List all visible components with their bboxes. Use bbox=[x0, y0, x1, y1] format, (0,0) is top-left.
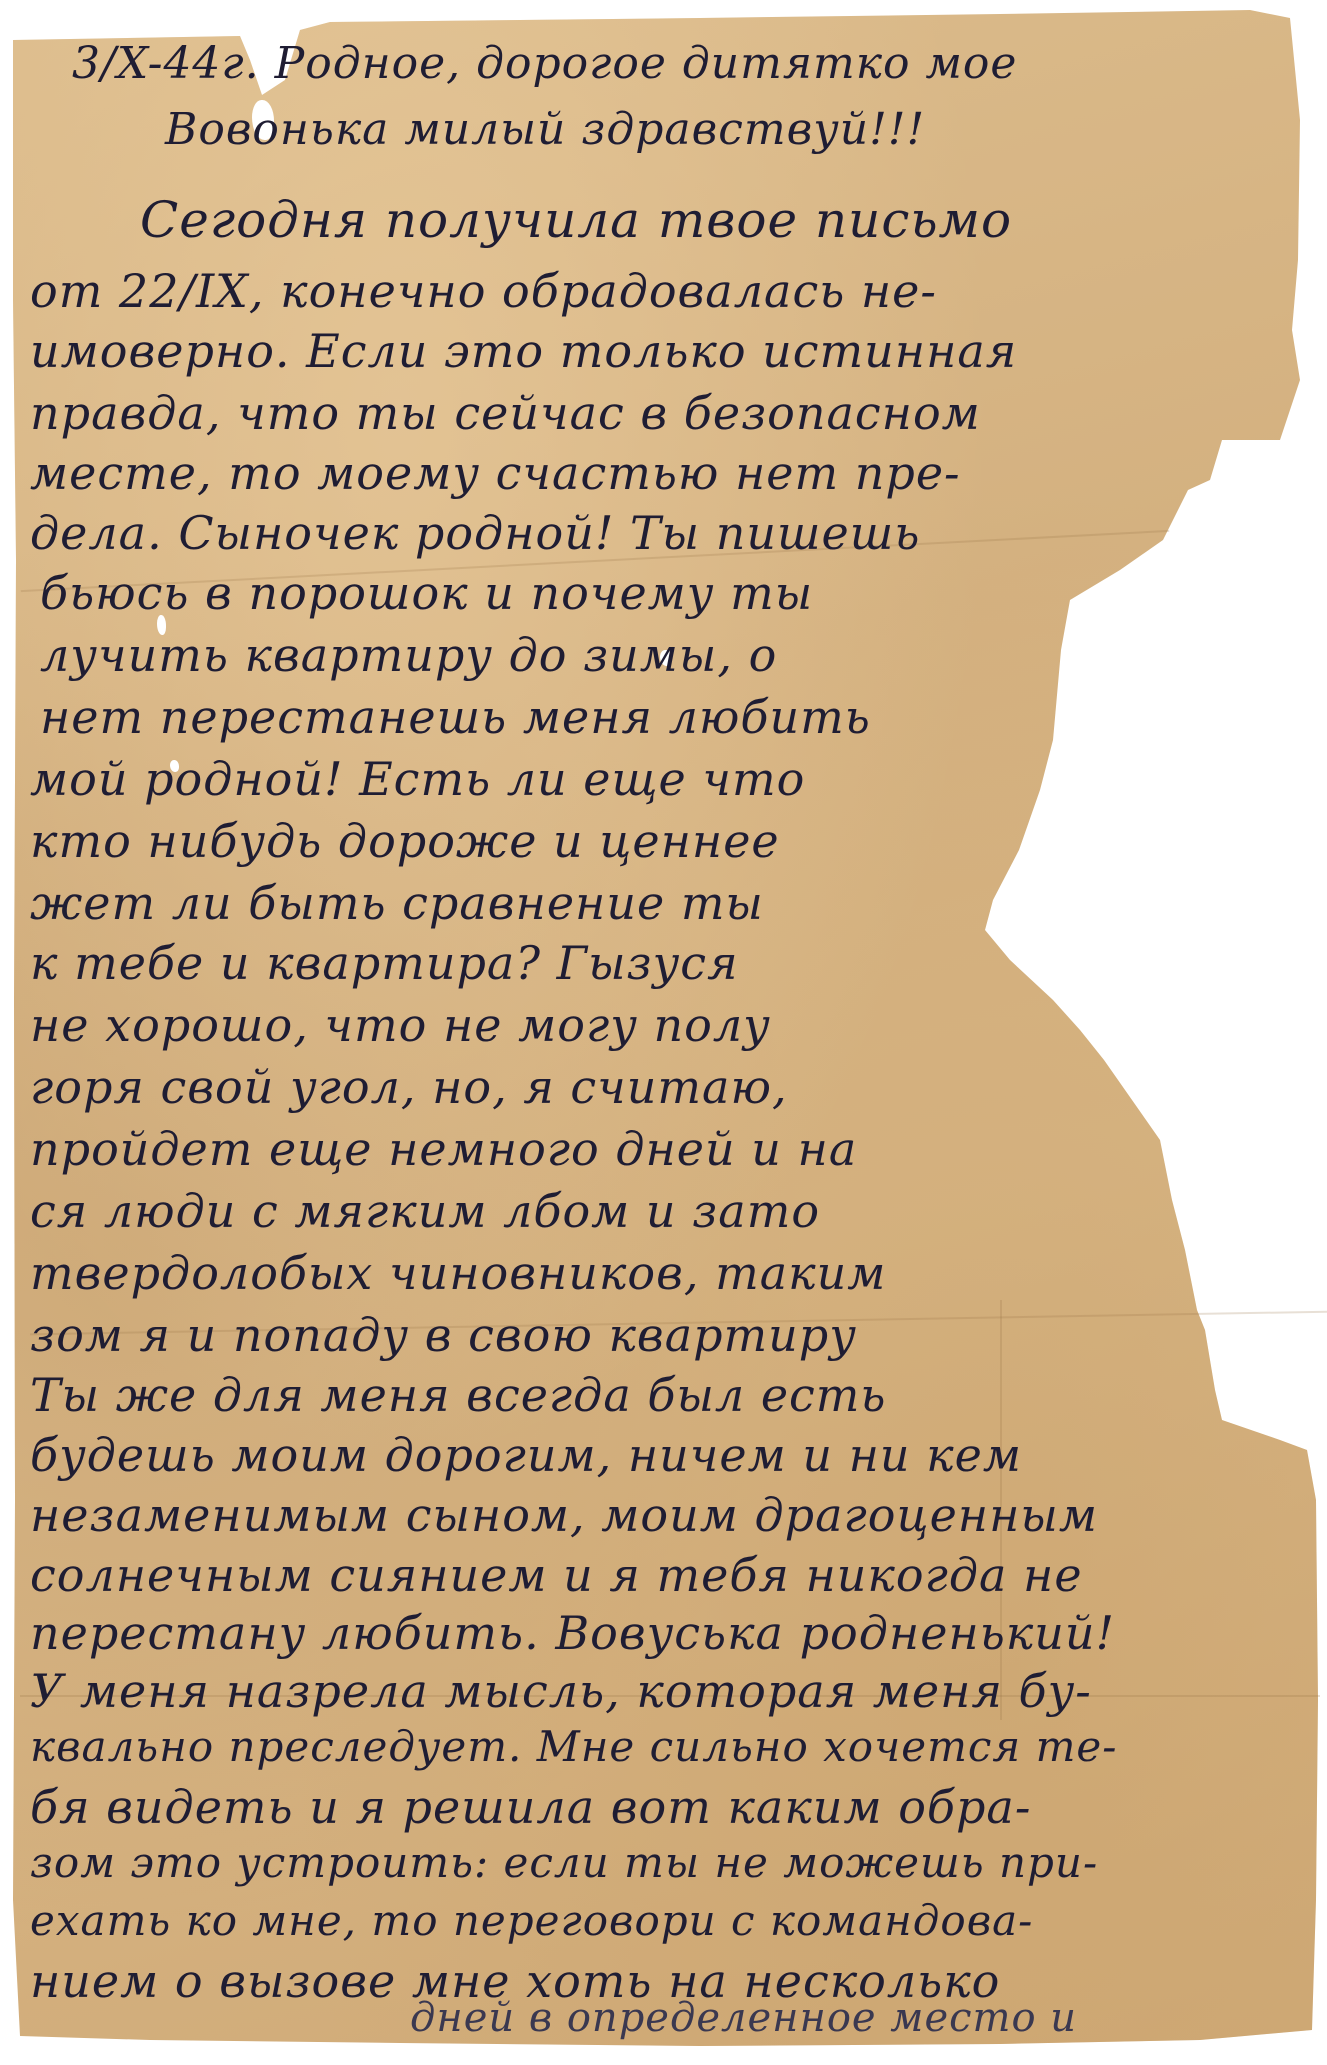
letter-line: не хорошо, что не могу полу bbox=[30, 1002, 771, 1048]
letter-line: Ты же для меня всегда был есть bbox=[30, 1372, 886, 1418]
letter-line: от 22/IX, конечно обрадовалась не- bbox=[30, 268, 937, 314]
letter-line: солнечным сиянием и я тебя никогда не bbox=[30, 1552, 1083, 1598]
letter-line: горя свой угол, но, я считаю, bbox=[30, 1064, 788, 1110]
letter-line: твердолобых чиновников, таким bbox=[30, 1250, 886, 1296]
letter-line: правда, что ты сейчас в безопасном bbox=[30, 390, 981, 436]
letter-line: незаменимым сыном, моим драгоценным bbox=[30, 1492, 1098, 1538]
letter-line: квально преследует. Мне сильно хочется т… bbox=[30, 1726, 1117, 1768]
letter-line: зом я и попаду в свою квартиру bbox=[30, 1312, 857, 1358]
letter-line: У меня назрела мысль, которая меня бу- bbox=[30, 1668, 1092, 1714]
letter-greeting: Вовонька милый здравствуй!!! bbox=[165, 108, 925, 152]
letter-line: Сегодня получила твое письмо bbox=[140, 195, 1012, 245]
letter-line: кто нибудь дороже и ценнее bbox=[30, 818, 780, 864]
letter-line: пройдет еще немного дней и на bbox=[30, 1126, 857, 1172]
letter-line: имоверно. Если это только истинная bbox=[30, 328, 1017, 374]
letter-date-greeting: 3/X-44г. Родное, дорогое дитятко мое bbox=[72, 42, 1017, 86]
letter-line: бя видеть и я решила вот каким обра- bbox=[30, 1784, 1031, 1830]
letter-line: перестану любить. Вовуська родненький! bbox=[30, 1610, 1115, 1656]
letter-line: будешь моим дорогим, ничем и ни кем bbox=[30, 1432, 1022, 1478]
letter-line: зом это устроить: если ты не можешь при- bbox=[30, 1842, 1098, 1884]
letter-body: 3/X-44г. Родное, дорогое дитятко мое Вов… bbox=[0, 0, 1327, 2065]
letter-line: бьюсь в порошок и почему ты bbox=[40, 570, 813, 616]
letter-line: дней в определенное место и bbox=[410, 1998, 1077, 2038]
letter-line: нет перестанешь меня любить bbox=[40, 694, 871, 740]
letter-line: мой родной! Есть ли еще что bbox=[30, 756, 805, 802]
letter-line: к тебе и квартира? Гызуся bbox=[30, 940, 739, 986]
letter-line: дела. Сыночек родной! Ты пишешь bbox=[30, 510, 920, 556]
letter-line: месте, то моему счастью нет пре- bbox=[30, 450, 961, 496]
letter-line: ехать ко мне, то переговори с командова- bbox=[30, 1900, 1033, 1942]
letter-line: жет ли быть сравнение ты bbox=[30, 880, 764, 926]
letter-line: ся люди с мягким лбом и зато bbox=[30, 1188, 820, 1234]
letter-line: лучить квартиру до зимы, о bbox=[40, 632, 777, 678]
